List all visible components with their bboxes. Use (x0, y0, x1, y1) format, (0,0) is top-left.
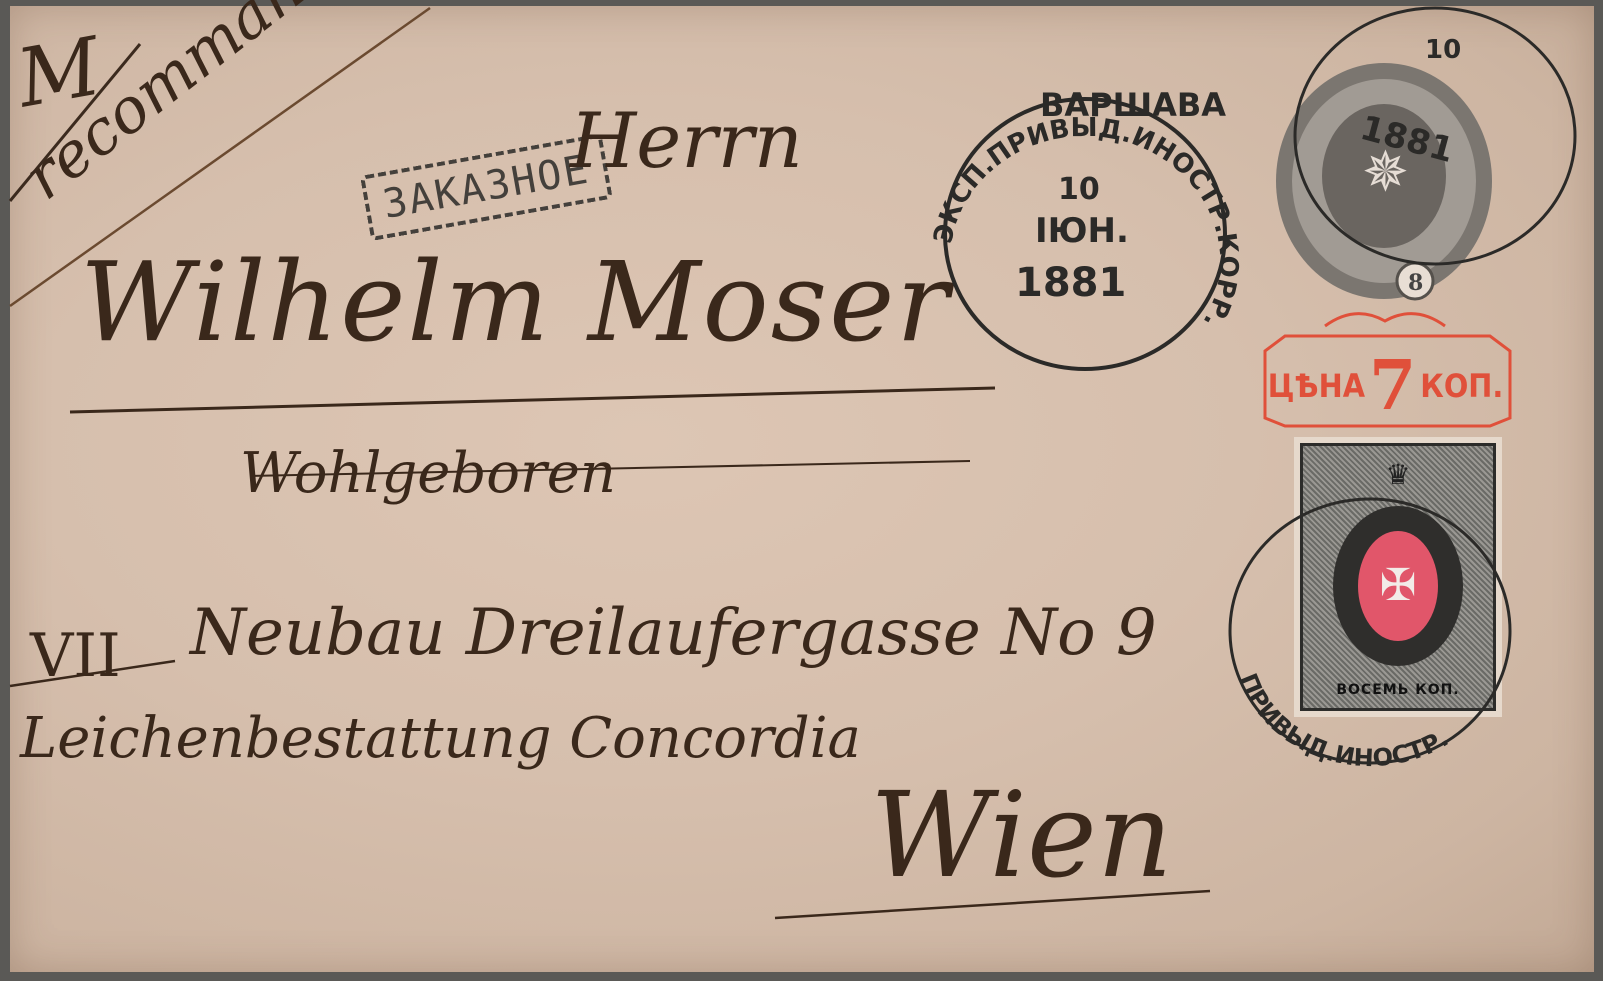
svg-text:ПРИВЫД.ИНОСТР.: ПРИВЫД.ИНОСТР. (1234, 669, 1453, 772)
envelope: M recommandirt ЗАКАЗНОЕ Herrn Wilhelm Mo… (10, 6, 1594, 972)
postmark-adhesive: ПРИВЫД.ИНОСТР. (10, 6, 1594, 972)
